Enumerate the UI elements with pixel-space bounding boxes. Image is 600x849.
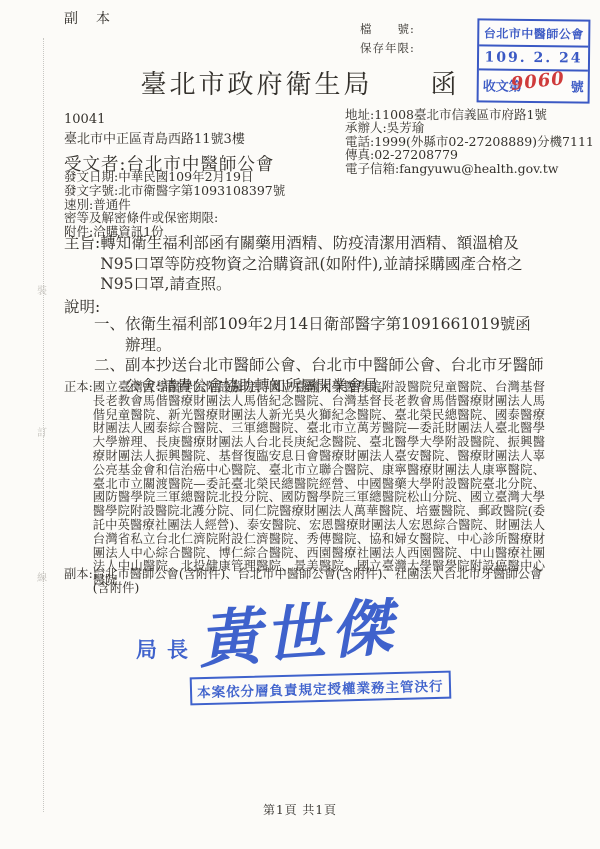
meta-row-secrecy: 密等及解密條件或保密期限: (64, 211, 285, 225)
contact-row-email: 電子信箱:fangyuwu@health.gov.tw (345, 162, 597, 175)
file-number-label: 檔 號: (360, 20, 415, 39)
binding-mark-ding: 訂 (37, 424, 47, 439)
original-recipients-block: 正本: 國立臺灣大學醫學院附設醫院、國立臺灣大學醫學院附設醫院兒童醫院、台灣基督… (64, 381, 545, 588)
contact-row-address: 地址:11008臺北市信義區市府路1號 (345, 108, 597, 121)
subject-block: 主旨: 轉知衛生福利部函有關藥用酒精、防疫清潔用酒精、額溫槍及N95口罩等防疫物… (64, 233, 546, 295)
original-label: 正本: (64, 381, 93, 588)
retention-label: 保存年限: (360, 39, 415, 58)
subject-text: 轉知衛生福利部函有關藥用酒精、防疫清潔用酒精、額溫槍及N95口罩等防疫物資之洽購… (100, 233, 546, 295)
original-recipients-text: 國立臺灣大學醫學院附設醫院、國立臺灣大學醫學院附設醫院兒童醫院、台灣基督長老教會… (93, 381, 545, 588)
binding-mark-zhuang: 裝 (37, 282, 47, 297)
recipient-address-block: 10041 臺北市中正區青島西路11號3樓 受文者:台北市中醫師公會 (64, 112, 274, 176)
contact-row-officer: 承辦人:吳芳瑜 (345, 121, 597, 134)
subject-label: 主旨: (64, 233, 100, 295)
authorization-seal: 本案依分層負責規定授權業務主管決行 (190, 671, 451, 706)
official-letter-page: 裝 訂 線 副 本 檔 號: 保存年限: 台北市中醫師公會 109. 2. 24… (0, 0, 600, 849)
recipient-street: 臺北市中正區青島西路11號3樓 (64, 128, 274, 147)
copy-recipients-label: 副本: (64, 568, 93, 596)
director-title: 局長 (136, 634, 198, 664)
meta-row-docnumber: 發文字號:北市衛醫字第1093108397號 (64, 184, 285, 198)
receipt-stamp-org: 台北市中醫師公會 (479, 20, 588, 47)
director-signature: 黃世傑 (195, 577, 399, 680)
document-meta-list: 發文日期:中華民國109年2月19日 發文字號:北市衛醫字第1093108397… (64, 170, 285, 239)
recipient-zip: 10041 (64, 112, 274, 127)
contact-row-phone: 電話:1999(外縣市02-27208889)分機7111 (345, 135, 597, 148)
file-number-block: 檔 號: 保存年限: (360, 20, 415, 58)
contact-row-fax: 傳真:02-27208779 (345, 148, 597, 161)
meta-row-date: 發文日期:中華民國109年2月19日 (64, 170, 285, 184)
copy-label: 副 本 (64, 8, 112, 28)
binding-mark-xian: 線 (37, 569, 47, 584)
description-item-1: 一、 依衛生福利部109年2月14日衛部醫字第1091661019號函辦理。 (94, 314, 546, 355)
page-number: 第1頁 共1頁 (0, 801, 600, 818)
meta-row-speed: 速別:普通件 (64, 198, 285, 212)
document-title: 臺北市政府衛生局 函 (0, 64, 600, 101)
sender-contact-block: 地址:11008臺北市信義區市府路1號 承辦人:吳芳瑜 電話:1999(外縣市0… (345, 108, 597, 175)
